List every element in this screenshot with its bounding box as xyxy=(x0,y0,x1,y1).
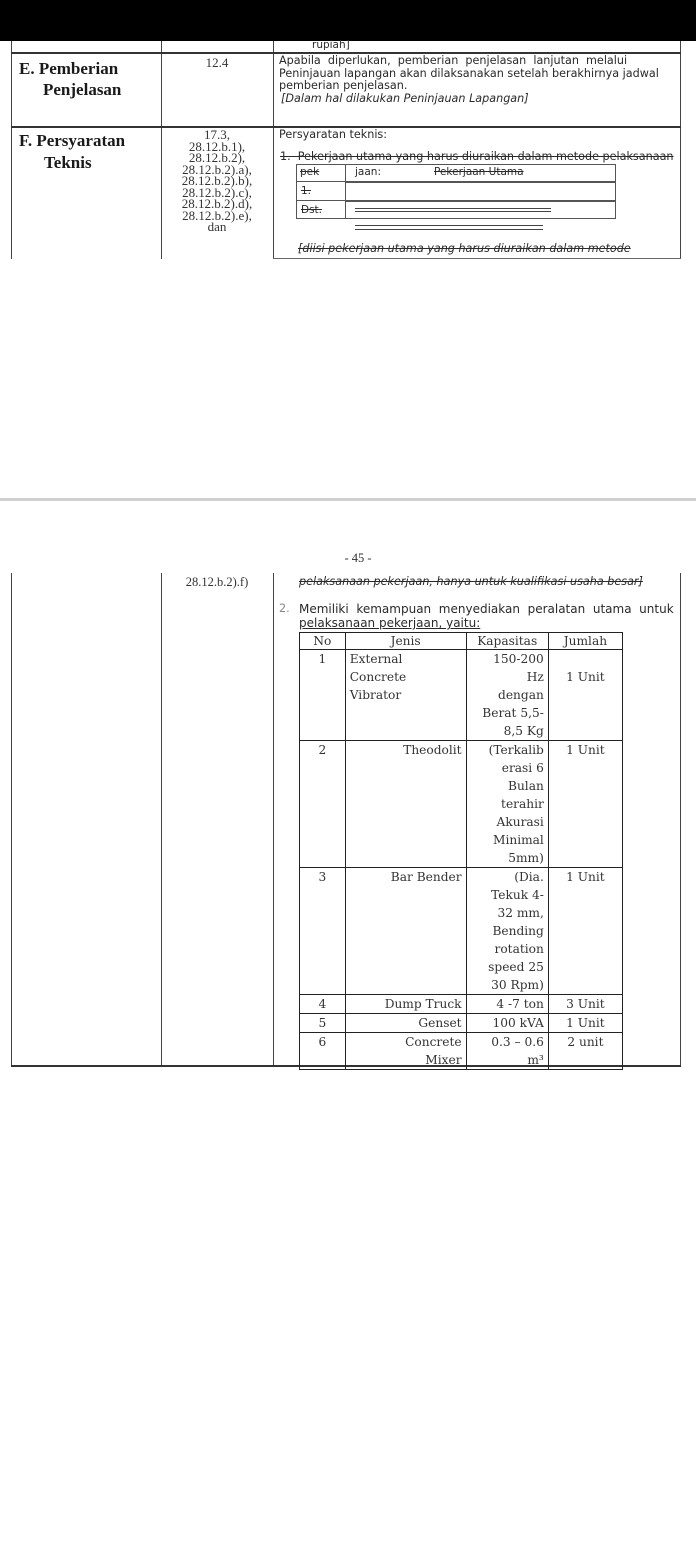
inner-row-1: 1. xyxy=(301,185,311,198)
cell-kapasitas: 100 kVA xyxy=(466,1014,548,1033)
body-line: pemberian penjelasan. xyxy=(279,80,677,93)
cell-bottom xyxy=(273,258,681,259)
item-2-line-2: pelaksanaan pekerjaan, yaitu: xyxy=(299,617,480,630)
ref-item: dan xyxy=(161,221,273,233)
section-f-note: [diisi pekerjaan utama yang harus diurai… xyxy=(298,243,631,256)
table-border-right xyxy=(680,573,681,1066)
item-2-number: 2. xyxy=(279,603,290,616)
top-status-bar xyxy=(0,0,696,41)
cell-kapasitas: (Terkaliberasi 6BulanterahirAkurasiMinim… xyxy=(466,741,548,868)
cell-jumlah: 1 Unit xyxy=(548,1014,622,1033)
section-e-title-2: Penjelasan xyxy=(43,79,121,100)
table-row: 2Theodolit(Terkaliberasi 6BulanterahirAk… xyxy=(300,741,623,868)
body-line: Apabila diperlukan, pemberian penjelasan… xyxy=(279,55,677,68)
header-jenis: Jenis xyxy=(345,633,466,650)
table-header-row: No Jenis Kapasitas Jumlah xyxy=(300,633,623,650)
header-kapasitas: Kapasitas xyxy=(466,633,548,650)
equipment-table: No Jenis Kapasitas Jumlah 1ExternalConcr… xyxy=(299,632,623,1070)
header-no: No xyxy=(300,633,346,650)
inner-header-left: jaan: xyxy=(355,166,381,179)
table-divider-1 xyxy=(161,573,162,1066)
table-row: 4Dump Truck4 -7 ton3 Unit xyxy=(300,995,623,1014)
section-f-item-1: 1. Pekerjaan utama yang harus diuraikan … xyxy=(280,151,674,164)
note-continued: pelaksanaan pekerjaan, hanya untuk kuali… xyxy=(299,576,643,589)
cell-jenis: ConcreteMixer xyxy=(345,1033,466,1070)
section-e-body: Apabila diperlukan, pemberian penjelasan… xyxy=(279,55,677,105)
section-e-title-1: E. Pemberian xyxy=(19,58,118,79)
cell-no: 4 xyxy=(300,995,346,1014)
page-number: - 45 - xyxy=(0,551,696,566)
carryover-text: rupiah] xyxy=(312,39,350,52)
section-f-title-1: F. Persyaratan xyxy=(19,130,125,151)
section-e-ref: 12.4 xyxy=(161,57,273,69)
cell-jumlah: 1 Unit xyxy=(548,650,622,741)
cell-jenis: Dump Truck xyxy=(345,995,466,1014)
cell-no: 2 xyxy=(300,741,346,868)
cell-jumlah: 1 Unit xyxy=(548,741,622,868)
cell-jenis: Bar Bender xyxy=(345,868,466,995)
cell-jumlah: 2 unit xyxy=(548,1033,622,1070)
cell-jenis: Genset xyxy=(345,1014,466,1033)
cell-no: 6 xyxy=(300,1033,346,1070)
table-row: 5Genset100 kVA1 Unit xyxy=(300,1014,623,1033)
double-rule xyxy=(355,225,543,226)
section-e-note: [Dalam hal dilakukan Peninjauan Lapangan… xyxy=(281,93,677,106)
inner-header-left-struck: pek xyxy=(300,166,319,179)
table-divider-2 xyxy=(273,41,274,259)
double-rule xyxy=(355,229,543,230)
cell-jenis: Theodolit xyxy=(345,741,466,868)
page-separator xyxy=(0,498,696,501)
cell-jenis: ExternalConcreteVibrator xyxy=(345,650,466,741)
section-f-intro: Persyaratan teknis: xyxy=(279,129,387,142)
table-border-right xyxy=(680,41,681,259)
inner-row-2: Dst. xyxy=(301,204,322,217)
header-jumlah: Jumlah xyxy=(548,633,622,650)
inner-header-right: Pekerjaan Utama xyxy=(434,166,524,179)
cell-jumlah: 1 Unit xyxy=(548,868,622,995)
table-divider-2 xyxy=(273,573,274,1066)
main-work-table: pek jaan: Pekerjaan Utama 1. Dst. xyxy=(296,164,616,219)
section-f-refs: 17.3,28.12.b.1),28.12.b.2),28.12.b.2).a)… xyxy=(161,129,273,233)
table-row: 3Bar Bender(Dia.Tekuk 4-32 mm,Bendingrot… xyxy=(300,868,623,995)
item-2-line-1: Memiliki kemampuan menyediakan peralatan… xyxy=(299,603,665,616)
cell-kapasitas: (Dia.Tekuk 4-32 mm,Bendingrotationspeed … xyxy=(466,868,548,995)
cell-kapasitas: 0.3 – 0.6m³ xyxy=(466,1033,548,1070)
cell-no: 3 xyxy=(300,868,346,995)
cell-jumlah: 3 Unit xyxy=(548,995,622,1014)
cell-no: 5 xyxy=(300,1014,346,1033)
ref-continued: 28.12.b.2).f) xyxy=(161,577,273,589)
cell-no: 1 xyxy=(300,650,346,741)
cell-kapasitas: 150-200HzdenganBerat 5,5-8,5 Kg xyxy=(466,650,548,741)
table-row: 6ConcreteMixer0.3 – 0.6m³2 unit xyxy=(300,1033,623,1070)
table-border-left xyxy=(11,41,12,259)
table-row: 1ExternalConcreteVibrator150-200Hzdengan… xyxy=(300,650,623,741)
table-border-left xyxy=(11,573,12,1066)
cell-kapasitas: 4 -7 ton xyxy=(466,995,548,1014)
section-f-title-2: Teknis xyxy=(44,152,92,173)
